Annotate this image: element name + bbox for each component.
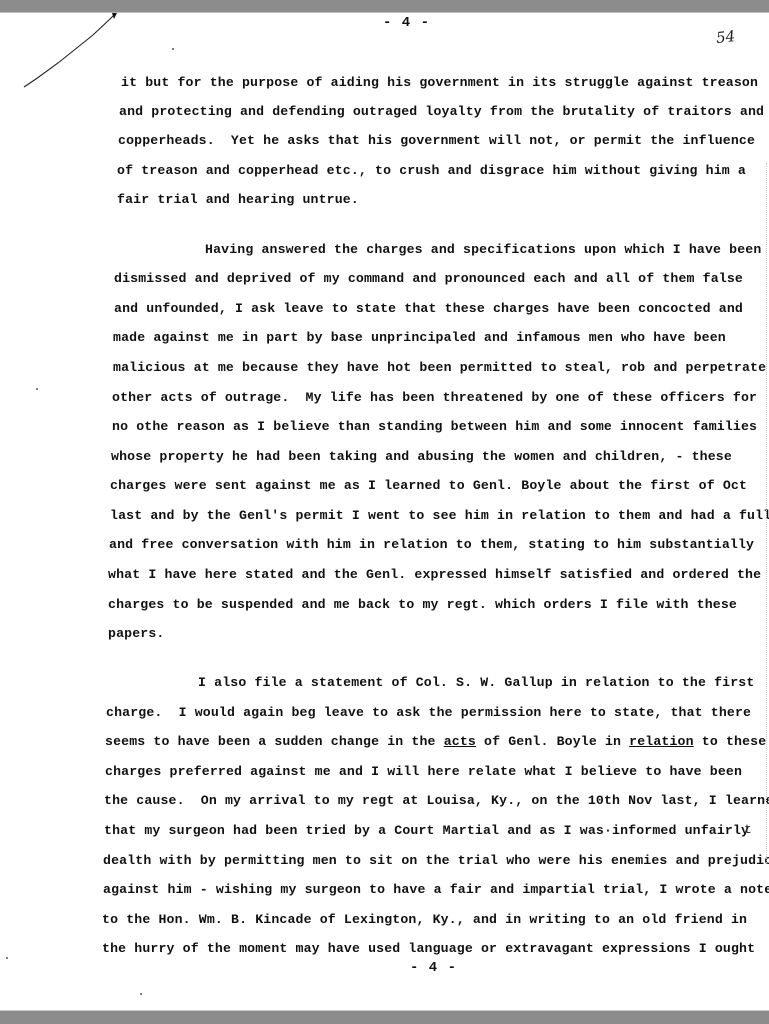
text-line: what I have here stated and the Genl. ex… [108,567,761,583]
text-segment: of Genl. Boyle in [476,734,629,749]
scan-edge-dots [765,163,767,863]
underlined-word: relation [629,734,694,749]
text-line: seems to have been a sudden change in th… [105,734,766,750]
footer-page-number: - 4 - [410,960,457,976]
scanner-top-border [0,0,769,13]
text-line: dismissed and deprived of my command and… [114,271,743,287]
text-line: it but for the purpose of aiding his gov… [121,75,758,91]
text-line: the hurry of the moment may have used la… [102,941,755,957]
text-line: and protecting and defending outraged lo… [119,104,764,120]
text-line: malicious at me because they have hot be… [113,360,766,376]
text-line: of treason and copperhead etc., to crush… [117,163,746,179]
text-line: fair trial and hearing untrue. [117,192,359,208]
text-line: and unfounded, I ask leave to state that… [114,301,743,317]
text-line: last and by the Genl's permit I went to … [110,508,769,524]
underlined-word: acts [444,734,476,749]
text-line: to the Hon. Wm. B. Kincade of Lexington,… [102,912,747,928]
text-line: papers. [108,626,164,642]
text-line: whose property he had been taking and ab… [111,449,732,465]
text-segment: to these [694,734,767,749]
scan-speck [6,957,8,959]
text-line: against him - wishing my surgeon to have… [103,882,769,898]
margin-mark: t [744,822,752,837]
scanner-bottom-border [0,1010,769,1024]
scan-speck [172,48,174,50]
text-line: Having answered the charges and specific… [205,242,761,258]
text-line: charges preferred against me and I will … [105,764,742,780]
text-line: charges to be suspended and me back to m… [108,597,737,613]
text-line: other acts of outrage. My life has been … [112,390,757,406]
header-page-number: - 4 - [383,15,430,31]
text-line: dealth with by permitting men to sit on … [103,853,769,869]
scan-speck [36,388,38,390]
document-page: - 4 - 54 it but for the purpose of aidin… [0,13,769,1010]
text-line: charge. I would again beg leave to ask t… [106,705,751,721]
text-line: copperheads. Yet he asks that his govern… [118,133,755,149]
pen-stroke-mark [18,13,128,93]
text-line: I also file a statement of Col. S. W. Ga… [198,675,754,691]
text-line: the cause. On my arrival to my regt at L… [104,793,769,809]
text-line: charges were sent against me as I learne… [110,478,747,494]
handwritten-folio-number: 54 [715,27,736,47]
text-line: and free conversation with him in relati… [109,537,754,553]
text-line: made against me in part by base unprinci… [113,330,726,346]
text-line: that my surgeon had been tried by a Cour… [104,823,749,839]
text-line: no othe reason as I believe than standin… [112,419,757,435]
text-segment: seems to have been a sudden change in th… [105,734,444,749]
scan-speck [140,993,142,995]
